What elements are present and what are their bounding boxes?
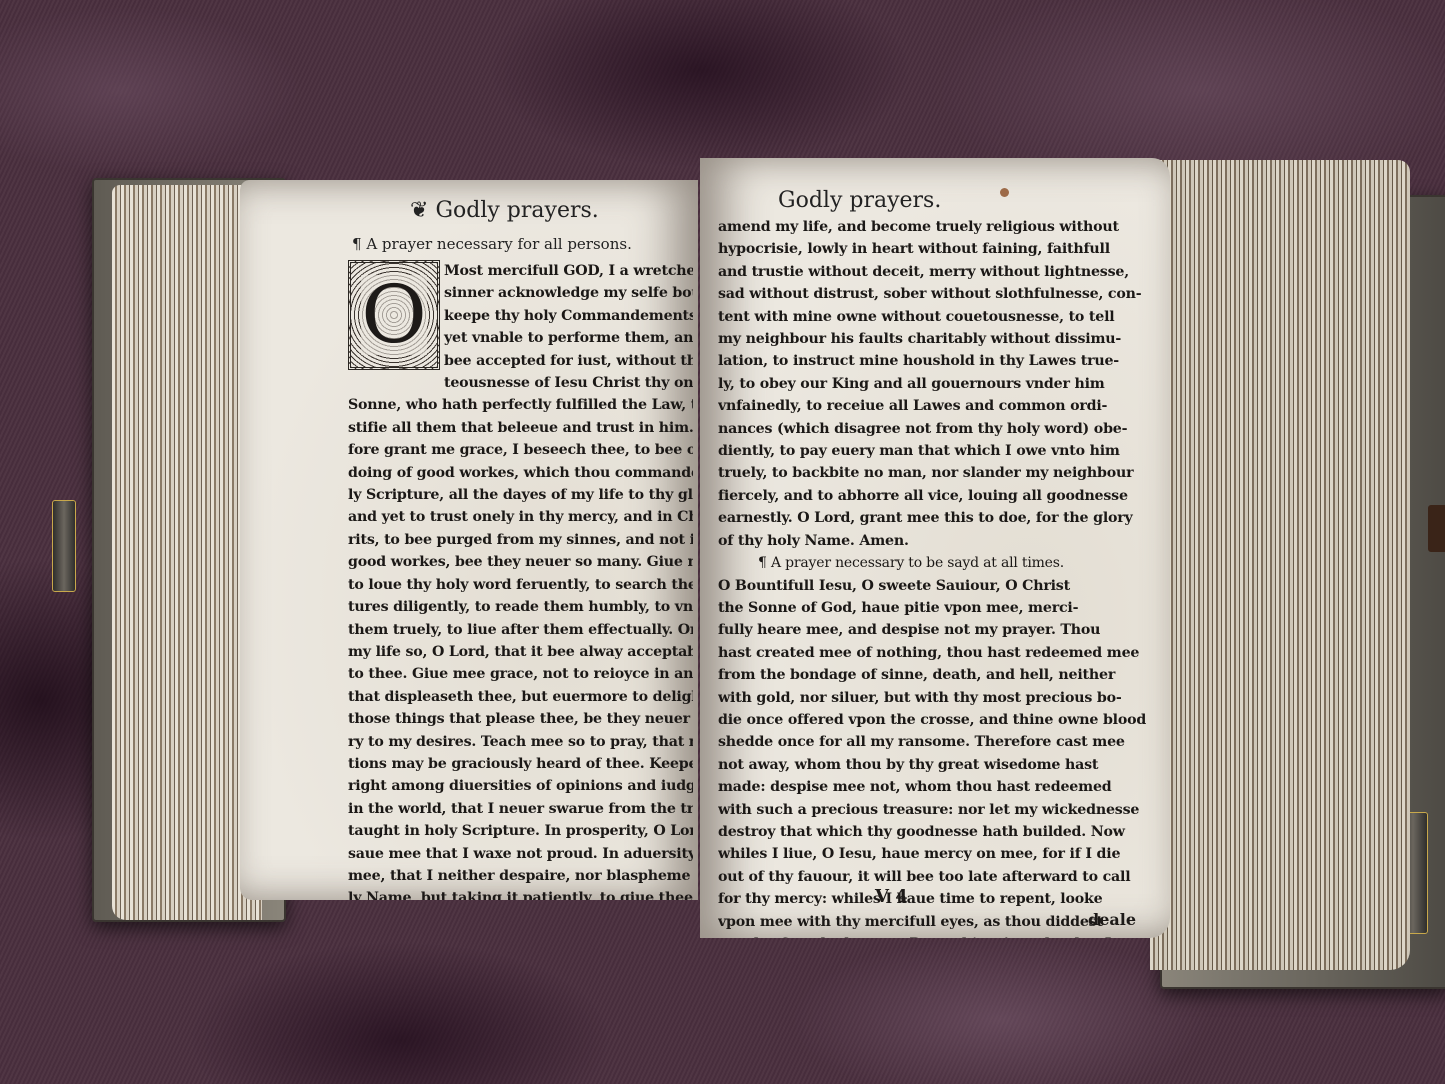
page-block-edge-right <box>1150 160 1410 970</box>
text-line: nances (which disagree not from thy holy… <box>718 418 1158 440</box>
text-line: those things that please thee, be they n… <box>348 708 693 730</box>
text-line: earnestly. O Lord, grant mee this to doe… <box>718 507 1158 529</box>
prayer-heading-left: ¶ A prayer necessary for all persons. <box>352 235 632 253</box>
text-line: amend my life, and become truely religio… <box>718 216 1158 238</box>
text-line: rits, to bee purged from my sinnes, and … <box>348 529 693 551</box>
text-line: and yet to trust onely in thy mercy, and… <box>348 506 693 528</box>
text-line: tures diligently, to reade them humbly, … <box>348 596 693 618</box>
text-line: fore grant me grace, I beseech thee, to … <box>348 439 693 461</box>
text-line: Most mercifull GOD, I a wretched <box>348 260 693 282</box>
text-line: mee, that I neither despaire, nor blasph… <box>348 865 693 887</box>
text-line: ly Scripture, all the dayes of my life t… <box>348 484 693 506</box>
text-line: bee accepted for iust, without the righ- <box>348 350 693 372</box>
text-line: truely, to backbite no man, nor slander … <box>718 462 1158 484</box>
text-line: vouchsafe to looke vpon Peter thine Apos… <box>718 933 1158 938</box>
text-line: tent with mine owne without couetousness… <box>718 306 1158 328</box>
text-line: good workes, bee they neuer so many. Giu… <box>348 551 693 573</box>
text-line: fully heare mee, and despise not my pray… <box>718 619 1158 641</box>
running-head-right: Godly prayers. <box>778 188 941 213</box>
text-line: doing of good workes, which thou command… <box>348 462 693 484</box>
text-line: out of thy fauour, it will bee too late … <box>718 866 1158 888</box>
text-line: them truely, to liue after them effectua… <box>348 619 693 641</box>
text-line: stifie all them that beleeue and trust i… <box>348 417 693 439</box>
text-line: for thy mercy: whiles I haue time to rep… <box>718 888 1158 910</box>
text-line: O Bountifull Iesu, O sweete Sauiour, O C… <box>718 575 1158 597</box>
text-line: die once offered vpon the crosse, and th… <box>718 709 1158 731</box>
text-line: from the bondage of sinne, death, and he… <box>718 664 1158 686</box>
pilcrow-icon: ¶ <box>352 235 362 253</box>
text-line: Sonne, who hath perfectly fulfilled the … <box>348 394 693 416</box>
text-line: to thee. Giue mee grace, not to reioyce … <box>348 663 693 685</box>
text-line: right among diuersities of opinions and … <box>348 775 693 797</box>
text-line: tions may be graciously heard of thee. K… <box>348 753 693 775</box>
metal-clasp-left <box>52 500 76 592</box>
text-line: the Sonne of God, haue pitie vpon mee, m… <box>718 597 1158 619</box>
running-head-left: ❦ Godly prayers. <box>410 198 599 223</box>
text-line: that displeaseth thee, but euermore to d… <box>348 686 693 708</box>
text-line: hast created mee of nothing, thou hast r… <box>718 642 1158 664</box>
text-line: in the world, that I neuer swarue from t… <box>348 798 693 820</box>
leather-strap-right <box>1428 505 1445 552</box>
text-line: ry to my desires. Teach mee so to pray, … <box>348 731 693 753</box>
text-line: saue mee that I waxe not proud. In aduer… <box>348 843 693 865</box>
catchword-right: deale <box>1088 910 1136 929</box>
text-line: fiercely, and to abhorre all vice, louin… <box>718 485 1158 507</box>
foxing-spot <box>1000 188 1009 197</box>
text-line: with such a precious treasure: nor let m… <box>718 799 1158 821</box>
fleuron-ornament-icon: ❦ <box>410 198 428 223</box>
prayer-heading-right: ¶ A prayer necessary to be sayd at all t… <box>718 552 1158 574</box>
prayer-text-left: Most mercifull GOD, I a wretched sinner … <box>348 260 693 900</box>
pilcrow-icon: ¶ <box>758 555 767 571</box>
text-line: vnfainedly, to receiue all Lawes and com… <box>718 395 1158 417</box>
prayer-text-right: amend my life, and become truely religio… <box>718 216 1158 938</box>
text-line: keepe thy holy Commandements, but <box>348 305 693 327</box>
text-line: of thy holy Name. Amen. <box>718 530 1158 552</box>
text-line: lation, to instruct mine houshold in thy… <box>718 350 1158 372</box>
text-line: and trustie without deceit, merry withou… <box>718 261 1158 283</box>
text-line: taught in holy Scripture. In prosperity,… <box>348 820 693 842</box>
text-line: ly, to obey our King and all gouernours … <box>718 373 1158 395</box>
text-line: with gold, nor siluer, but with thy most… <box>718 687 1158 709</box>
signature-mark: V 4 <box>875 886 908 907</box>
text-line: sinner acknowledge my selfe bound to <box>348 282 693 304</box>
text-line: not away, whom thou by thy great wisedom… <box>718 754 1158 776</box>
left-page: ❦ Godly prayers. ¶ A prayer necessary fo… <box>240 180 698 900</box>
text-line: teousnesse of Iesu Christ thy onely <box>348 372 693 394</box>
text-line: my neighbour his faults charitably witho… <box>718 328 1158 350</box>
text-line: destroy that which thy goodnesse hath bu… <box>718 821 1158 843</box>
text-line: my life so, O Lord, that it bee alway ac… <box>348 641 693 663</box>
text-line: shedde once for all my ransome. Therefor… <box>718 731 1158 753</box>
text-line: whiles I liue, O Iesu, haue mercy on mee… <box>718 843 1158 865</box>
text-line: hypocrisie, lowly in heart without faini… <box>718 238 1158 260</box>
text-line: diently, to pay euery man that which I o… <box>718 440 1158 462</box>
text-line: to loue thy holy word feruently, to sear… <box>348 574 693 596</box>
right-page: Godly prayers. amend my life, and become… <box>700 158 1170 938</box>
text-line: made: despise mee not, whom thou hast re… <box>718 776 1158 798</box>
text-line: ly Name, but taking it patiently, to giu… <box>348 887 693 900</box>
text-line: yet vnable to performe them, and to <box>348 327 693 349</box>
text-line: sad without distrust, sober without slot… <box>718 283 1158 305</box>
